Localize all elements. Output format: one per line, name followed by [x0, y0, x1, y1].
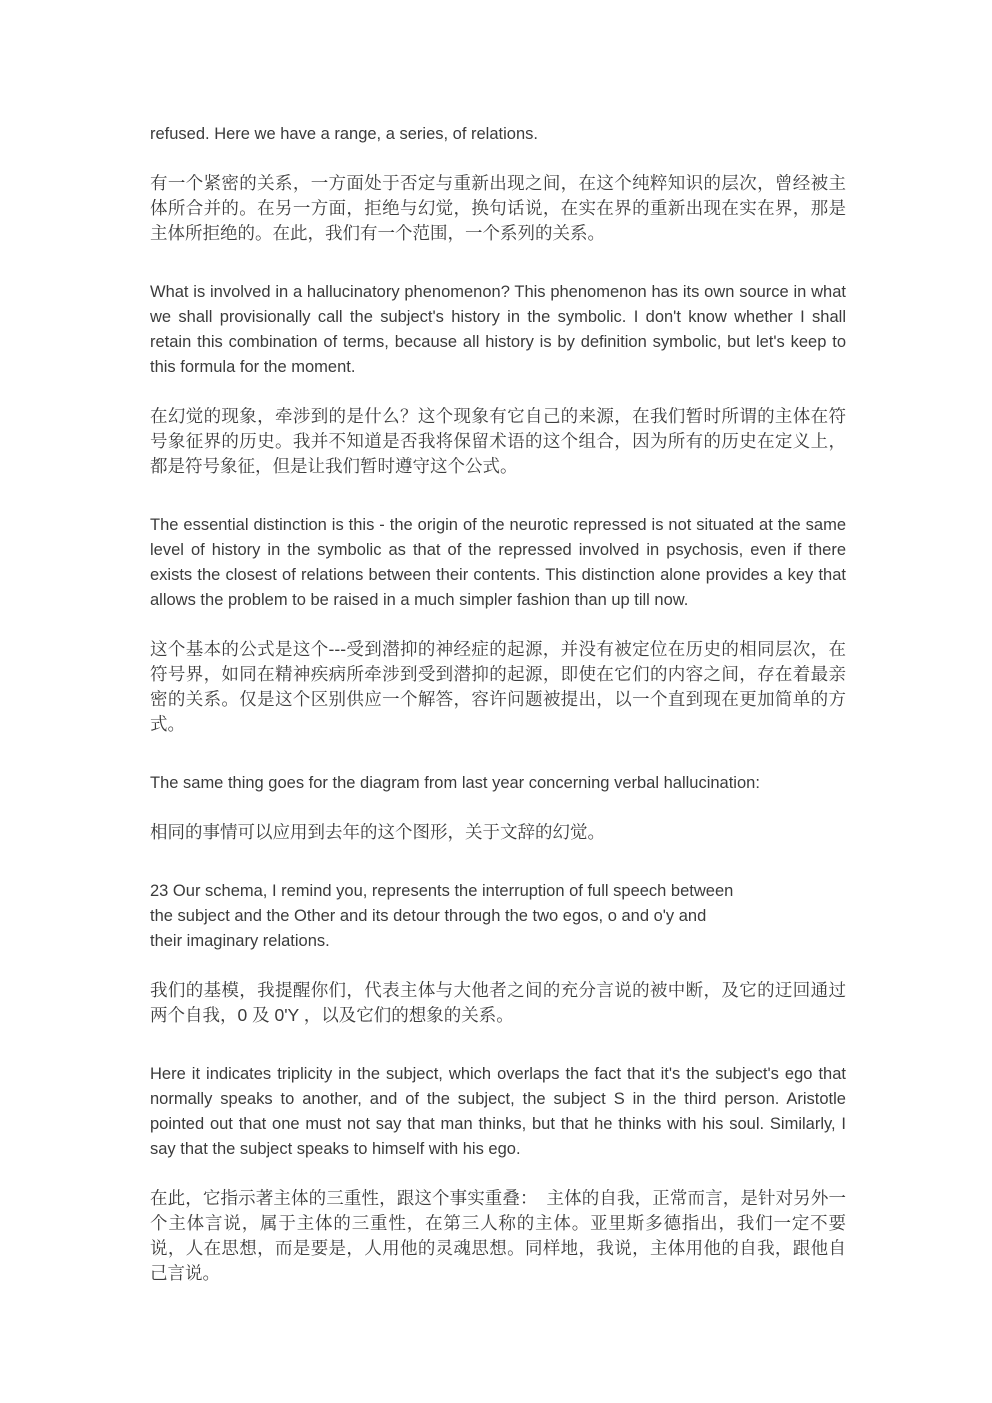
document-page: refused. Here we have a range, a series,… — [0, 0, 992, 1403]
paragraph-8-zh: 相同的事情可以应用到去年的这个图形，关于文辞的幻觉。 — [150, 820, 846, 845]
paragraph-2-zh: 有一个紧密的关系，一方面处于否定与重新出现之间，在这个纯粹知识的层次，曾经被主体… — [150, 171, 846, 246]
paragraph-11-en: Here it indicates triplicity in the subj… — [150, 1062, 846, 1162]
paragraph-3-en: What is involved in a hallucinatory phen… — [150, 280, 846, 380]
text-content: refused. Here we have a range, a series,… — [150, 122, 846, 1286]
paragraph-1-en: refused. Here we have a range, a series,… — [150, 122, 846, 147]
paragraph-7-en: The same thing goes for the diagram from… — [150, 771, 846, 796]
paragraph-5-en: The essential distinction is this - the … — [150, 513, 846, 613]
paragraph-4-zh: 在幻觉的现象，牵涉到的是什么？这个现象有它自己的来源，在我们暂时所谓的主体在符号… — [150, 404, 846, 479]
paragraph-6-zh: 这个基本的公式是这个---受到潜抑的神经症的起源，并没有被定位在历史的相同层次，… — [150, 637, 846, 737]
paragraph-9-en: 23 Our schema, I remind you, represents … — [150, 879, 846, 954]
paragraph-10-zh: 我们的基模，我提醒你们，代表主体与大他者之间的充分言说的被中断，及它的迂回通过两… — [150, 978, 846, 1028]
paragraph-12-zh: 在此，它指示著主体的三重性，跟这个事实重叠： 主体的自我，正常而言，是针对另外一… — [150, 1186, 846, 1286]
